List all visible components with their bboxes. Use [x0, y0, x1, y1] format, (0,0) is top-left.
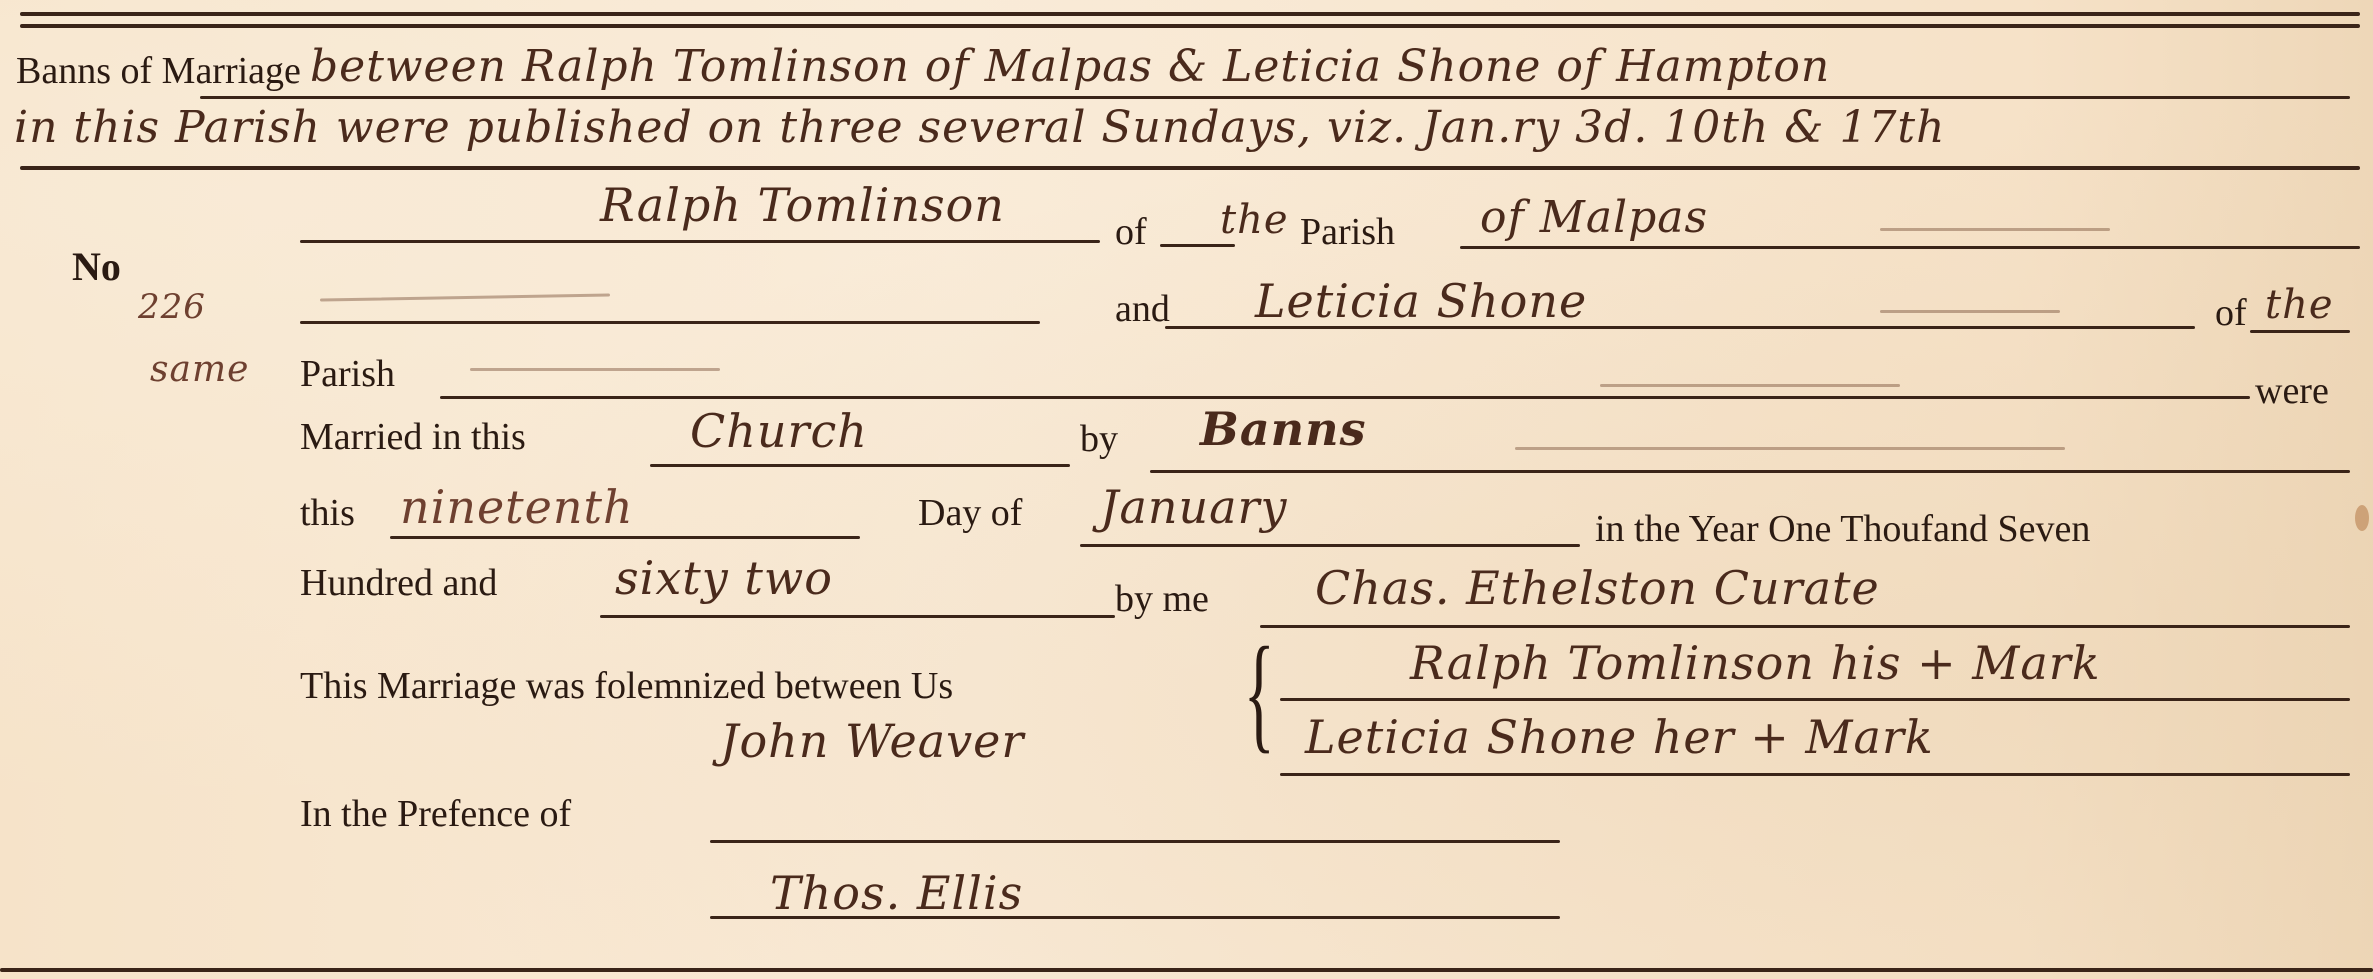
month-value: January: [1100, 484, 1288, 530]
officiant-rule: [1260, 625, 2350, 628]
banns-label: Banns of Marriage: [16, 52, 301, 90]
groom-name: Ralph Tomlinson: [600, 182, 1005, 228]
bride-parish-rule: [440, 396, 2250, 399]
paper-stain: [2355, 505, 2369, 531]
groom-of-label: of: [1115, 213, 1147, 251]
groom-parish-rule: [1460, 246, 2360, 249]
month-rule: [1080, 544, 1580, 547]
bride-parish-fill-stroke-1: [470, 368, 720, 371]
signatures-brace: {: [1244, 628, 1275, 758]
year-rule: [600, 615, 1115, 618]
bride-row-fill-stroke: [320, 293, 610, 301]
by-fill-stroke: [1515, 447, 2065, 450]
banns-handwritten-line1: between Ralph Tomlinson of Malpas & Leti…: [310, 45, 1830, 89]
witness-2: Thos. Ellis: [770, 870, 1023, 916]
day-of-label: Day of: [918, 494, 1022, 532]
witness-2-rule: [710, 916, 1560, 919]
banns-line1-rule: [200, 96, 2350, 99]
bride-name-rule: [1165, 326, 2195, 329]
by-value: Banns: [1200, 406, 1366, 452]
margin-same: same: [150, 352, 249, 388]
bride-left-rule: [300, 321, 1040, 324]
bride-of-rule: [2250, 330, 2350, 333]
by-rule: [1150, 470, 2350, 473]
officiant-value: Chas. Ethelston Curate: [1315, 565, 1880, 611]
day-value: ninetenth: [400, 484, 634, 530]
signature-groom-rule: [1280, 698, 2350, 701]
banns-handwritten-line2: in this Parish were published on three s…: [14, 106, 1945, 150]
register-page: Banns of Marriage between Ralph Tomlinso…: [0, 0, 2373, 979]
bride-of-label: of: [2215, 294, 2247, 332]
witness-1-rule: [710, 840, 1560, 843]
solemnized-label: This Marriage was folemnized between Us: [300, 667, 953, 705]
year-text-1: in the Year One Thoufand Seven: [1595, 510, 2090, 548]
year-value: sixty two: [615, 555, 833, 601]
entry-number-value: 226: [138, 290, 206, 324]
entry-number-label: No: [72, 247, 121, 287]
top-rule-2: [20, 24, 2360, 28]
signature-groom: Ralph Tomlinson his + Mark: [1410, 640, 2101, 686]
groom-name-rule: [300, 240, 1100, 243]
this-label: this: [300, 494, 355, 532]
signature-bride-rule: [1280, 773, 2350, 776]
groom-parish-value: of Malpas: [1480, 196, 1708, 240]
bottom-rule: [0, 968, 2373, 972]
day-rule: [390, 536, 860, 539]
signature-bride: Leticia Shone her + Mark: [1305, 714, 1934, 760]
top-rule-1: [20, 12, 2360, 16]
groom-of-rule: [1160, 244, 1235, 247]
presence-label: In the Prefence of: [300, 795, 571, 833]
married-in-rule: [650, 464, 1070, 467]
and-label: and: [1115, 290, 1170, 328]
bride-parish-label: Parish: [300, 355, 395, 393]
banns-bottom-rule: [20, 166, 2360, 170]
bride-of-value: the: [2265, 285, 2334, 325]
witness-1: John Weaver: [720, 718, 1024, 764]
bride-name: Leticia Shone: [1255, 278, 1587, 324]
married-in-value: Church: [690, 408, 868, 454]
bride-parish-fill-stroke-2: [1600, 384, 1900, 387]
by-me-label: by me: [1115, 580, 1209, 618]
year-text-2: Hundred and: [300, 564, 497, 602]
were-label: were: [2255, 372, 2329, 410]
groom-parish-label: Parish: [1300, 213, 1395, 251]
bride-name-fill-stroke: [1880, 310, 2060, 313]
by-label: by: [1080, 420, 1118, 458]
groom-of-value: the: [1220, 200, 1289, 240]
married-in-label: Married in this: [300, 418, 526, 456]
groom-parish-fill-stroke: [1880, 228, 2110, 231]
